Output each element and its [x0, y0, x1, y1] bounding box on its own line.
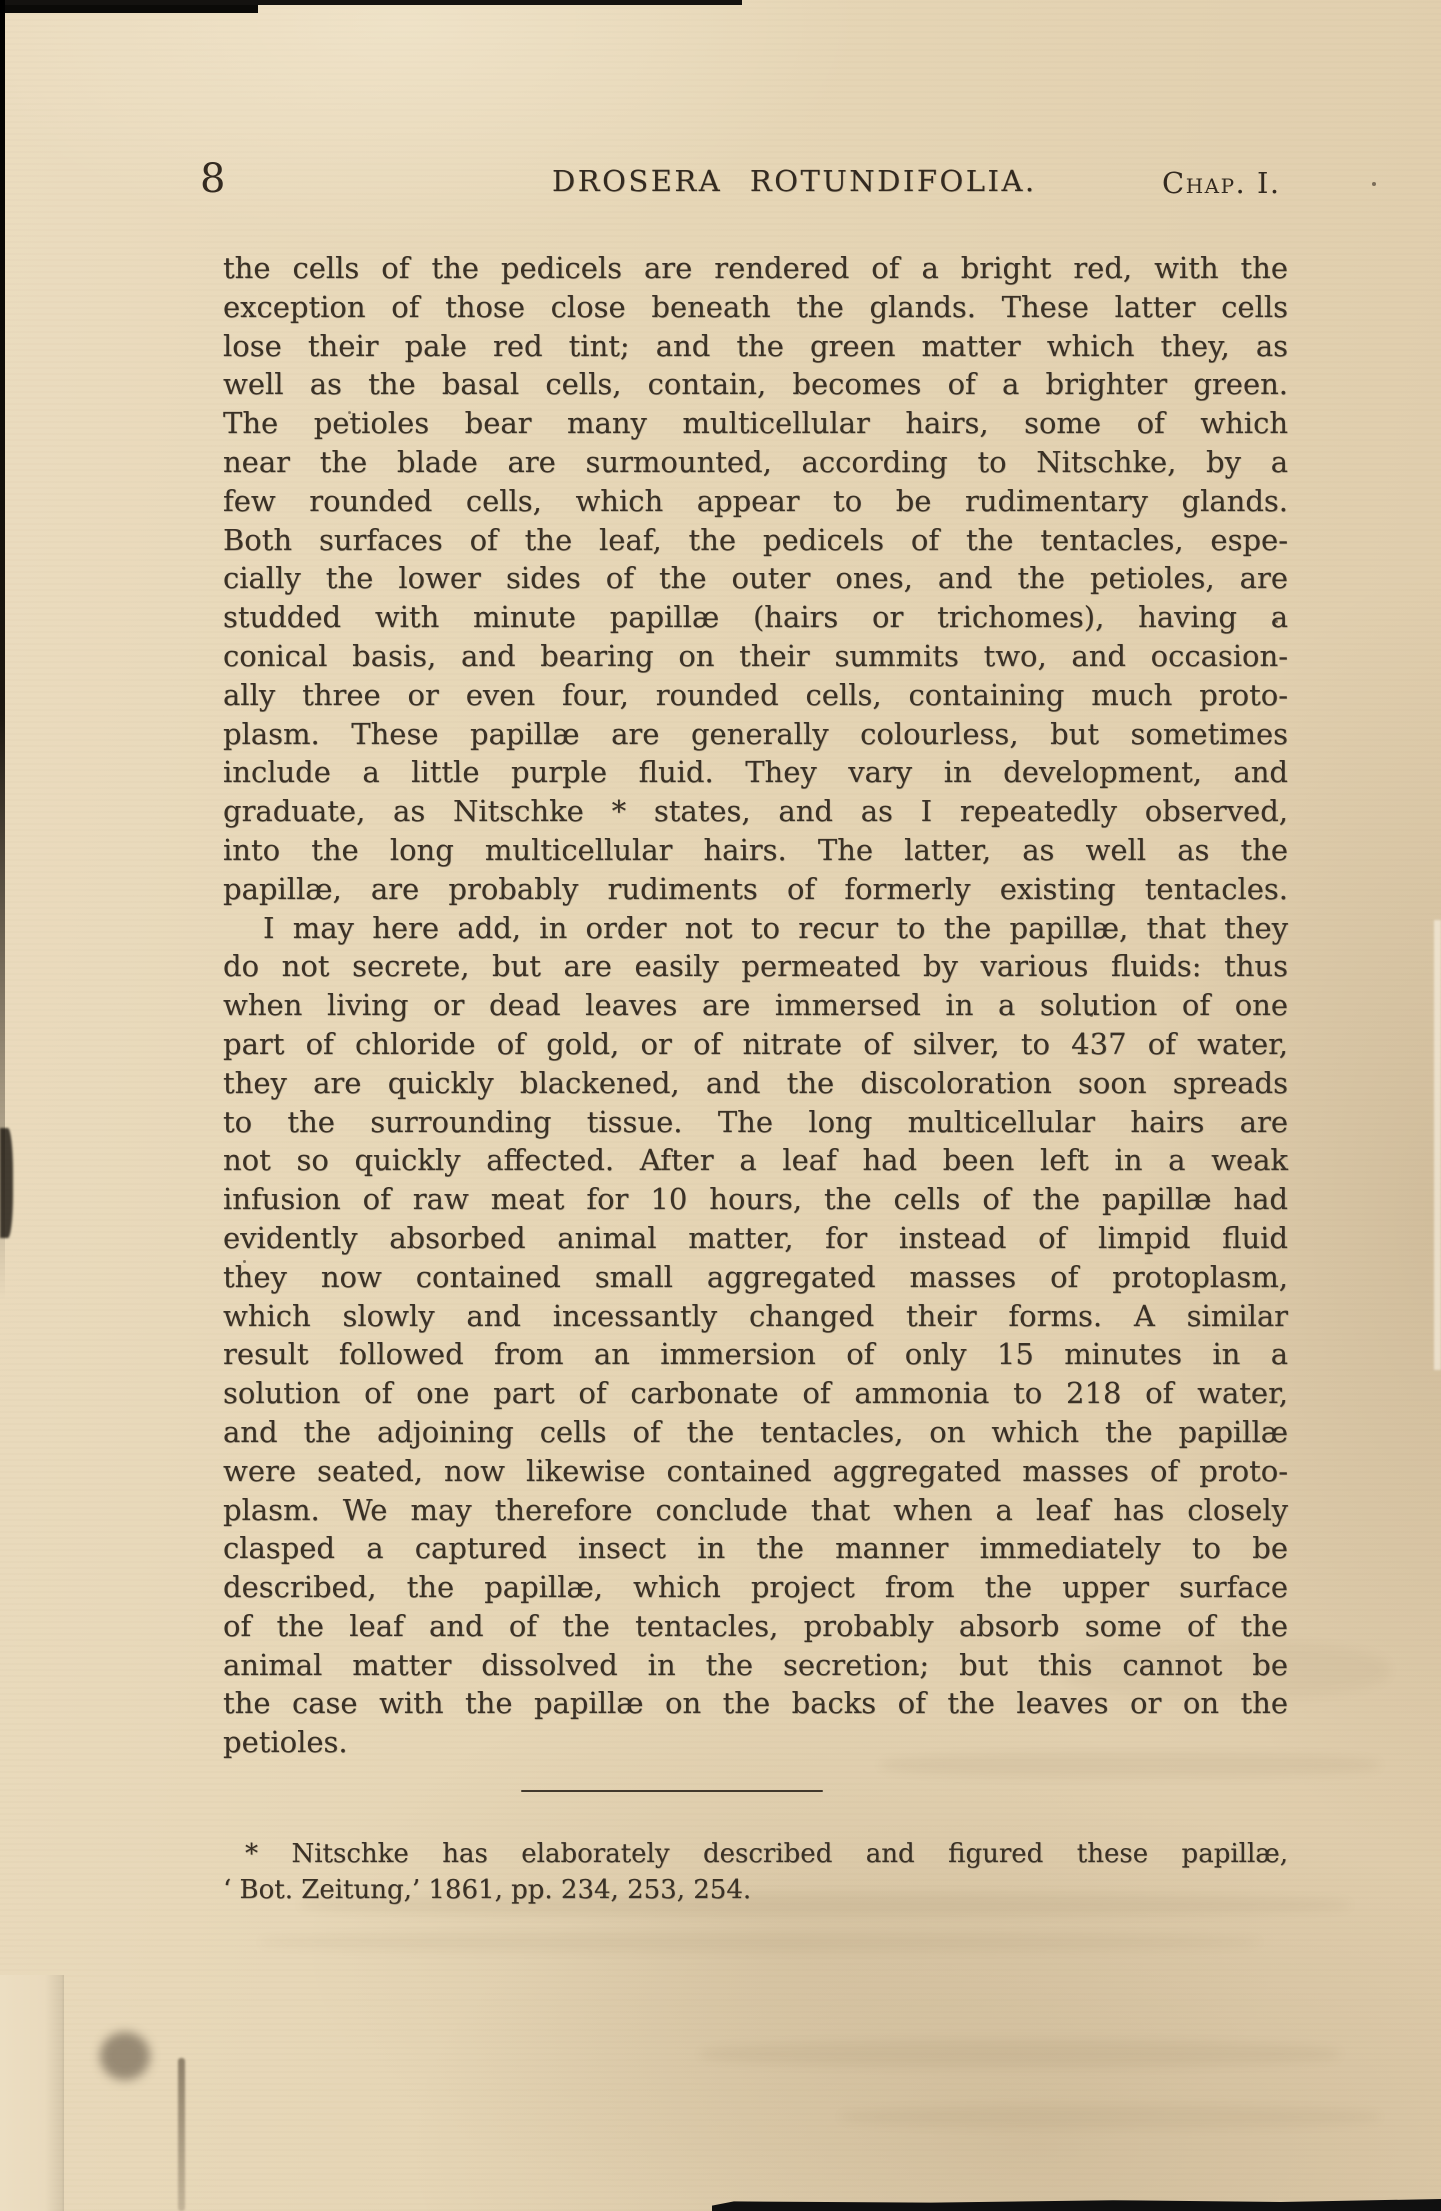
text-line: clasped a captured insect in the manner …	[223, 1529, 1288, 1568]
scan-edge-left	[0, 0, 5, 1300]
text-line: Both surfaces of the leaf, the pedicels …	[223, 521, 1288, 560]
text-line: the case with the papillæ on the backs o…	[223, 1684, 1288, 1723]
footnote-divider	[521, 1790, 823, 1792]
chapter-label: Chap. I.	[1162, 166, 1281, 200]
text-line: part of chloride of gold, or of nitrate …	[223, 1025, 1288, 1064]
text-line: exception of those close beneath the gla…	[223, 288, 1288, 327]
text-line: plasm. These papillæ are generally colou…	[223, 715, 1288, 754]
page-crease	[0, 1975, 64, 2211]
text-line: studded with minute papillæ (hairs or tr…	[223, 598, 1288, 637]
text-line: conical basis, and bearing on their summ…	[223, 637, 1288, 676]
text-line: evidently absorbed animal matter, for in…	[223, 1219, 1288, 1258]
text-line: I may here add, in order not to recur to…	[223, 909, 1288, 948]
body-text: the cells of the pedicels are rendered o…	[223, 249, 1288, 1908]
text-line: and the adjoining cells of the tentacles…	[223, 1413, 1288, 1452]
text-line: they are quickly blackened, and the disc…	[223, 1064, 1288, 1103]
scan-edge-bottom	[712, 2199, 1441, 2211]
text-line: were seated, now likewise contained aggr…	[223, 1452, 1288, 1491]
footnote-line: ‘ Bot. Zeitung,’ 1861, pp. 234, 253, 254…	[223, 1873, 1288, 1909]
text-line: animal matter dissolved in the secretion…	[223, 1646, 1288, 1685]
text-line: plasm. We may therefore conclude that wh…	[223, 1491, 1288, 1530]
running-title: DROSERA ROTUNDIFOLIA.	[552, 164, 1037, 198]
text-line: near the blade are surmounted, according…	[223, 443, 1288, 482]
text-line: include a little purple fluid. They vary…	[223, 753, 1288, 792]
show-through-text	[700, 2040, 1340, 2068]
text-line: The petioles bear many multicellular hai…	[223, 404, 1288, 443]
scan-edge-left-blob	[0, 1128, 13, 1238]
text-line: of the leaf and of the tentacles, probab…	[223, 1607, 1288, 1646]
text-line: infusion of raw meat for 10 hours, the c…	[223, 1180, 1288, 1219]
text-line: graduate, as Nitschke * states, and as I…	[223, 792, 1288, 831]
text-line: described, the papillæ, which project fr…	[223, 1568, 1288, 1607]
text-line: not so quickly affected. After a leaf ha…	[223, 1141, 1288, 1180]
paper-speck	[1372, 182, 1376, 186]
ink-smudge	[100, 2032, 150, 2080]
text-line: ally three or even four, rounded cells, …	[223, 676, 1288, 715]
text-line: they now contained small aggregated mass…	[223, 1258, 1288, 1297]
page-edge-highlight	[1434, 920, 1441, 1370]
footnote: * Nitschke has elaborately described and…	[223, 1837, 1288, 1908]
text-line: solution of one part of carbonate of amm…	[223, 1374, 1288, 1413]
paragraph-continued: the cells of the pedicels are rendered o…	[223, 249, 1288, 909]
page-number: 8	[200, 156, 225, 202]
show-through-text	[840, 2105, 1380, 2129]
text-line: when living or dead leaves are immersed …	[223, 986, 1288, 1025]
text-line: few rounded cells, which appear to be ru…	[223, 482, 1288, 521]
text-line: the cells of the pedicels are rendered o…	[223, 249, 1288, 288]
text-line: cially the lower sides of the outer ones…	[223, 559, 1288, 598]
text-line: into the long multicellular hairs. The l…	[223, 831, 1288, 870]
crease-shadow-line	[178, 2058, 185, 2211]
text-line: which slowly and incessantly changed the…	[223, 1297, 1288, 1336]
text-line: do not secrete, but are easily permeated…	[223, 947, 1288, 986]
text-line: to the surrounding tissue. The long mult…	[223, 1103, 1288, 1142]
footnote-line: * Nitschke has elaborately described and…	[223, 1837, 1288, 1873]
paragraph: I may here add, in order not to recur to…	[223, 909, 1288, 1763]
text-line: result followed from an immersion of onl…	[223, 1335, 1288, 1374]
scan-edge-top-thin	[0, 0, 742, 5]
text-line: lose their pale red tint; and the green …	[223, 327, 1288, 366]
text-line: papillæ, are probably rudiments of forme…	[223, 870, 1288, 909]
text-line: petioles.	[223, 1723, 1288, 1762]
text-line: well as the basal cells, contain, become…	[223, 365, 1288, 404]
book-page-scan: 8 DROSERA ROTUNDIFOLIA. Chap. I. the cel…	[0, 0, 1441, 2211]
show-through-text	[260, 1932, 1260, 1952]
